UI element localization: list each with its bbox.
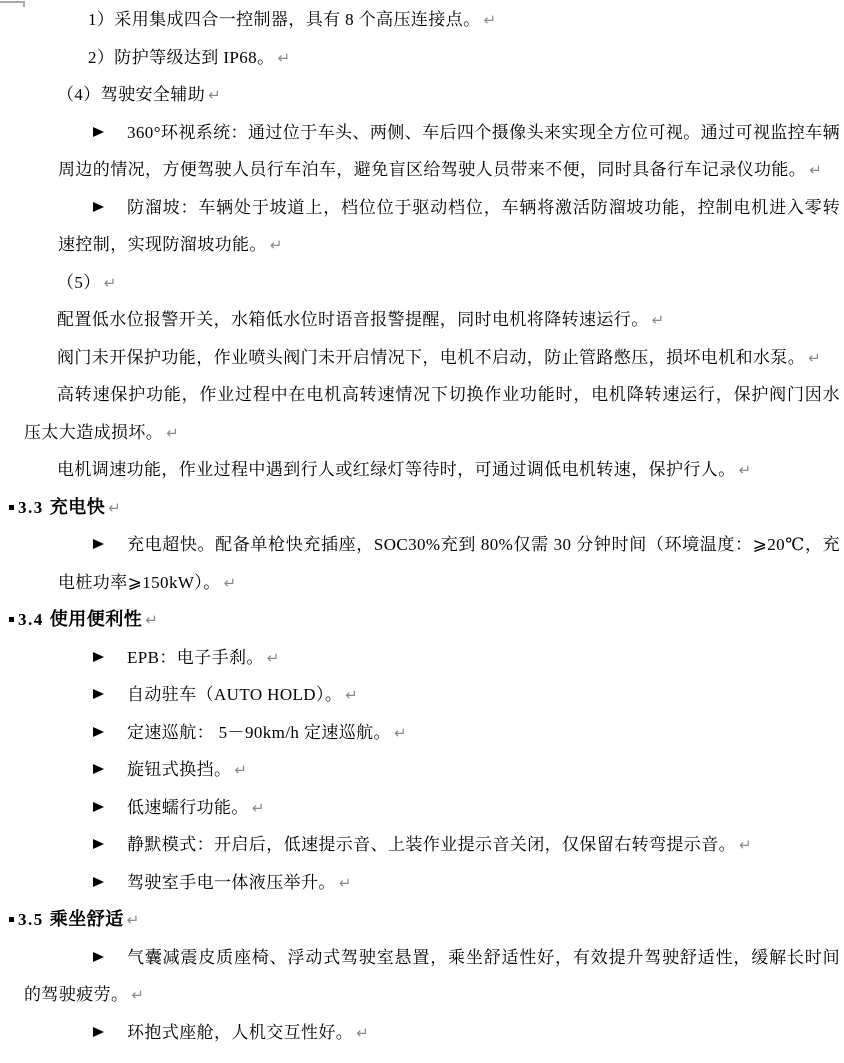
paragraph-mark-icon: ↵ — [131, 986, 144, 1004]
line-text: 周边的情况，方便驾驶人员行车泊车，避免盲区给驾驶人员带来不便，同时具备行车记录仪… — [58, 160, 806, 179]
paragraph-mark-icon: ↵ — [739, 461, 752, 479]
heading-text: 乘坐舒适 — [50, 909, 124, 929]
paragraph-mark-icon: ↵ — [345, 686, 358, 704]
text-line: EPB：电子手刹。↵ — [58, 639, 844, 677]
paragraph-mark-icon: ↵ — [808, 349, 821, 367]
heading-text: 使用便利性 — [50, 609, 143, 629]
text-line: 配置低水位报警开关，水箱低水位时语音报警提醒，同时电机将降转速运行。↵ — [57, 301, 844, 339]
arrow-bullet-icon — [93, 689, 104, 699]
line-text: 2）防护等级达到 IP68。 — [88, 48, 274, 67]
text-line: 高转速保护功能，作业过程中在电机高转速情况下切换作业功能时，电机降转速运行，保护… — [57, 376, 840, 414]
line-text: 驾驶室手电一体液压举升。 — [127, 873, 336, 892]
paragraph-mark-icon: ↵ — [270, 236, 283, 254]
text-line: 环抱式座舱，人机交互性好。↵ — [58, 1014, 844, 1052]
paragraph-mark-icon: ↵ — [339, 874, 352, 892]
text-line: 充电超快。配备单枪快充插座，SOC30%充到 80%仅需 30 分钟时间（环境温… — [58, 526, 840, 564]
arrow-bullet-icon — [93, 1027, 104, 1037]
line-text: 充电超快。配备单枪快充插座，SOC30%充到 80%仅需 30 分钟时间（环境温… — [127, 535, 840, 554]
text-line: 气囊减震皮质座椅、浮动式驾驶室悬置，乘坐舒适性好，有效提升驾驶舒适性，缓解长时间 — [58, 939, 840, 977]
text-line: 电机调速功能，作业过程中遇到行人或红绿灯等待时，可通过调低电机转速，保护行人。↵ — [57, 451, 844, 489]
text-line: （4）驾驶安全辅助↵ — [57, 76, 844, 114]
line-text: 1）采用集成四合一控制器，具有 8 个高压连接点。 — [88, 10, 481, 29]
line-text: 低速蠕行功能。 — [127, 798, 249, 817]
paragraph-mark-icon: ↵ — [252, 799, 265, 817]
paragraph-mark-icon: ↵ — [127, 911, 140, 929]
arrow-bullet-icon — [93, 727, 104, 737]
paragraph-mark-icon: ↵ — [108, 499, 121, 517]
section-heading: 3.4使用便利性↵ — [9, 601, 844, 639]
paragraph-mark-icon: ↵ — [234, 761, 247, 779]
text-line: （5）↵ — [57, 264, 844, 302]
paragraph-mark-icon: ↵ — [652, 311, 665, 329]
paragraph-mark-icon: ↵ — [208, 86, 221, 104]
line-text: （4）驾驶安全辅助 — [57, 85, 205, 104]
text-line: 压太大造成损坏。↵ — [24, 414, 844, 452]
section-heading: 3.5乘坐舒适↵ — [9, 901, 844, 939]
line-text: 电机调速功能，作业过程中遇到行人或红绿灯等待时，可通过调低电机转速，保护行人。 — [57, 460, 736, 479]
line-text: 自动驻车（AUTO HOLD）。 — [127, 685, 342, 704]
text-line: 定速巡航： 5－90km/h 定速巡航。↵ — [58, 714, 844, 752]
line-text: 配置低水位报警开关，水箱低水位时语音报警提醒，同时电机将降转速运行。 — [57, 310, 649, 329]
line-text: 速控制，实现防溜坡功能。 — [58, 235, 267, 254]
line-text: 防溜坡：车辆处于坡道上，档位位于驱动档位，车辆将激活防溜坡功能，控制电机进入零转 — [127, 198, 840, 217]
heading-bullet-icon — [9, 505, 14, 510]
paragraph-mark-icon: ↵ — [356, 1024, 369, 1042]
line-text: 阀门未开保护功能，作业喷头阀门未开启情况下，电机不启动，防止管路憋压，损坏电机和… — [57, 348, 805, 367]
heading-number: 3.3 — [18, 498, 44, 517]
line-text: 环抱式座舱，人机交互性好。 — [127, 1023, 353, 1042]
line-text: 静默模式：开启后，低速提示音、上装作业提示音关闭，仅保留右转弯提示音。 — [127, 835, 736, 854]
line-text: 定速巡航： 5－90km/h 定速巡航。 — [127, 723, 391, 742]
line-text: 压太大造成损坏。 — [24, 423, 163, 442]
heading-bullet-icon — [9, 617, 14, 622]
text-line: 旋钮式换挡。↵ — [58, 751, 844, 789]
text-line: 防溜坡：车辆处于坡道上，档位位于驱动档位，车辆将激活防溜坡功能，控制电机进入零转 — [58, 189, 840, 227]
heading-bullet-icon — [9, 917, 14, 922]
text-line: 的驾驶疲劳。↵ — [24, 976, 844, 1014]
section-heading: 3.3充电快↵ — [9, 489, 844, 527]
line-text: EPB：电子手刹。 — [127, 648, 264, 667]
text-line: 速控制，实现防溜坡功能。↵ — [58, 226, 844, 264]
paragraph-mark-icon: ↵ — [166, 424, 179, 442]
paragraph-mark-icon: ↵ — [394, 724, 407, 742]
arrow-bullet-icon — [93, 652, 104, 662]
text-line: 电桩功率⩾150kW）。↵ — [58, 564, 844, 602]
text-line: 低速蠕行功能。↵ — [58, 789, 844, 827]
paragraph-mark-icon: ↵ — [224, 574, 237, 592]
arrow-bullet-icon — [93, 952, 104, 962]
arrow-bullet-icon — [93, 802, 104, 812]
document-page: 1）采用集成四合一控制器，具有 8 个高压连接点。↵2）防护等级达到 IP68。… — [0, 0, 844, 1063]
line-text: 旋钮式换挡。 — [127, 760, 231, 779]
paragraph-mark-icon: ↵ — [739, 836, 752, 854]
line-text: 360°环视系统：通过位于车头、两侧、车后四个摄像头来实现全方位可视。通过可视监… — [127, 123, 840, 142]
text-line: 周边的情况，方便驾驶人员行车泊车，避免盲区给驾驶人员带来不便，同时具备行车记录仪… — [58, 151, 844, 189]
arrow-bullet-icon — [93, 839, 104, 849]
text-line: 2）防护等级达到 IP68。↵ — [88, 39, 844, 77]
document-content: 1）采用集成四合一控制器，具有 8 个高压连接点。↵2）防护等级达到 IP68。… — [0, 1, 844, 1051]
arrow-bullet-icon — [93, 877, 104, 887]
text-line: 1）采用集成四合一控制器，具有 8 个高压连接点。↵ — [88, 1, 844, 39]
arrow-bullet-icon — [93, 539, 104, 549]
text-line: 360°环视系统：通过位于车头、两侧、车后四个摄像头来实现全方位可视。通过可视监… — [58, 114, 840, 152]
line-text: 电桩功率⩾150kW）。 — [58, 573, 221, 592]
heading-number: 3.5 — [18, 910, 44, 929]
line-text: 气囊减震皮质座椅、浮动式驾驶室悬置，乘坐舒适性好，有效提升驾驶舒适性，缓解长时间 — [127, 948, 840, 967]
heading-text: 充电快 — [50, 497, 106, 517]
text-line: 驾驶室手电一体液压举升。↵ — [58, 864, 844, 902]
paragraph-mark-icon: ↵ — [277, 49, 290, 67]
arrow-bullet-icon — [93, 764, 104, 774]
arrow-bullet-icon — [93, 127, 104, 137]
paragraph-mark-icon: ↵ — [809, 161, 822, 179]
line-text: 的驾驶疲劳。 — [24, 985, 128, 1004]
text-line: 阀门未开保护功能，作业喷头阀门未开启情况下，电机不启动，防止管路憋压，损坏电机和… — [57, 339, 844, 377]
paragraph-mark-icon: ↵ — [484, 11, 497, 29]
arrow-bullet-icon — [93, 202, 104, 212]
paragraph-mark-icon: ↵ — [145, 611, 158, 629]
paragraph-mark-icon: ↵ — [104, 274, 117, 292]
text-line: 自动驻车（AUTO HOLD）。↵ — [58, 676, 844, 714]
paragraph-mark-icon: ↵ — [267, 649, 280, 667]
line-text: （5） — [57, 273, 101, 292]
text-line: 静默模式：开启后，低速提示音、上装作业提示音关闭，仅保留右转弯提示音。↵ — [58, 826, 844, 864]
line-text: 高转速保护功能，作业过程中在电机高转速情况下切换作业功能时，电机降转速运行，保护… — [57, 385, 840, 404]
heading-number: 3.4 — [18, 610, 44, 629]
